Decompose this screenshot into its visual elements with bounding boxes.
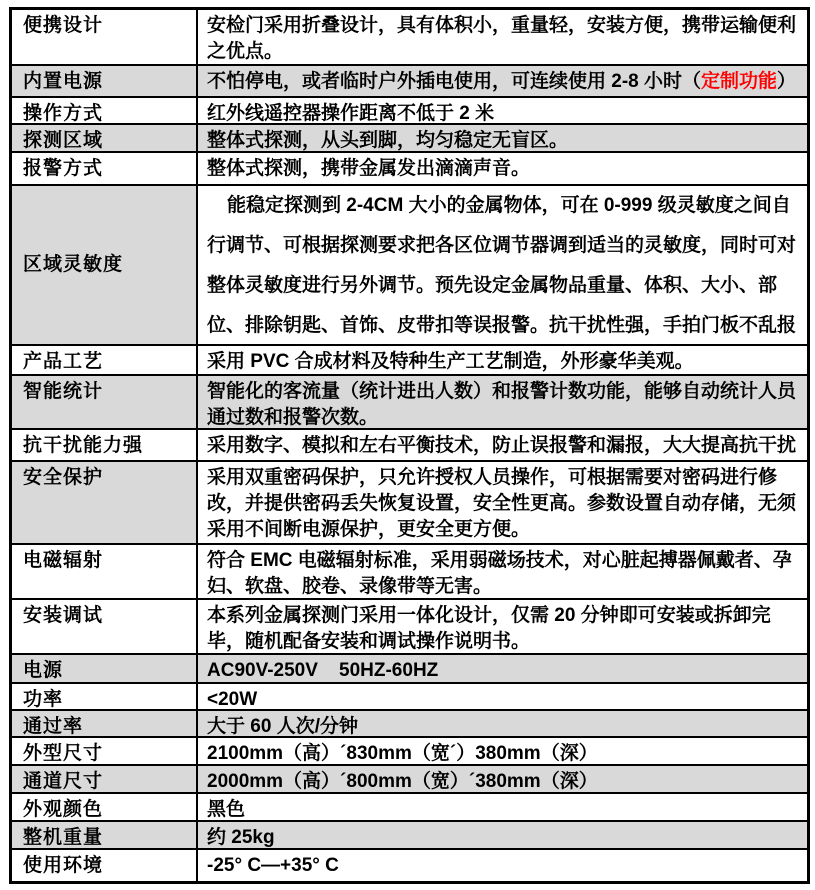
table-row: 探测区域 整体式探测，从头到脚，均匀稳定无盲区。 [12,125,807,153]
value-text: 黑色 [207,799,245,820]
table-row: 通过率 大于 60 人次/分钟 [12,711,807,738]
value-text: 采用双重密码保护，只允许授权人员操作，可根据需要对密码进行修改，并提供密码丢失恢… [207,467,796,540]
spec-label-cell: 安装调试 [12,600,198,653]
spec-value-cell: 本系列金属探测门采用一体化设计，仅需 20 分钟即可安装或拆卸完毕，随机配备安装… [198,600,807,653]
spec-table: 便携设计 安检门采用折叠设计，具有体积小，重量轻，安装方便，携带运输便利之优点。… [9,7,810,884]
spec-label-cell: 操作方式 [12,98,198,123]
spec-value-cell: 符合 EMC 电磁辐射标准，采用弱磁场技术，对心脏起搏器佩戴者、孕妇、软盘、胶卷… [198,545,807,598]
spec-label-cell: 便携设计 [12,10,198,64]
spec-label-cell: 报警方式 [12,153,198,184]
spec-label-cell: 使用环境 [12,850,198,881]
table-row: 区域灵敏度 能稳定探测到 2-4CM 大小的金属物体，可在 0-999 级灵敏度… [12,186,807,346]
value-text: 安检门采用折叠设计，具有体积小，重量轻，安装方便，携带运输便利之优点。 [207,15,796,62]
table-row: 内置电源 不怕停电，或者临时户外插电使用，可连续使用 2-8 小时（定制功能） [12,66,807,98]
table-row: 电磁辐射 符合 EMC 电磁辐射标准，采用弱磁场技术，对心脏起搏器佩戴者、孕妇、… [12,545,807,600]
spec-label-cell: 探测区域 [12,125,198,151]
value-text: 约 25kg [207,827,275,848]
value-text: 能稳定探测到 2-4CM 大小的金属物体，可在 0-999 级灵敏度之间自行调节… [207,195,796,346]
spec-value-cell: 整体式探测，从头到脚，均匀稳定无盲区。 [198,125,807,151]
value-text: 红外线遥控器操作距离不低于 2 米 [207,103,494,124]
spec-label-cell: 智能统计 [12,376,198,428]
value-text: 2100mm（高）´830mm（宽´）380mm（深） [207,743,598,764]
table-row: 通道尺寸 2000mm（高）´800mm（宽）´380mm（深） [12,766,807,794]
table-row: 电源 AC90V-250V 50HZ-60HZ [12,655,807,684]
table-row: 外型尺寸 2100mm（高）´830mm（宽´）380mm（深） [12,738,807,766]
spec-label-cell: 电源 [12,655,198,682]
highlight-text: 定制功能 [701,71,777,92]
table-row: 安装调试 本系列金属探测门采用一体化设计，仅需 20 分钟即可安装或拆卸完毕，随… [12,600,807,655]
spec-label-cell: 内置电源 [12,66,198,96]
value-text: 整体式探测，从头到脚，均匀稳定无盲区。 [207,130,568,151]
spec-label-cell: 外观颜色 [12,794,198,820]
spec-label-cell: 区域灵敏度 [12,186,198,344]
spec-value-cell: -25° C—+35° C [198,850,807,881]
value-text: 采用 PVC 合成材料及特种生产工艺制造，外形豪华美观。 [207,351,694,372]
spec-label-cell: 通道尺寸 [12,766,198,792]
table-row: 使用环境 -25° C—+35° C [12,850,807,881]
value-text: 大于 60 人次/分钟 [207,716,358,737]
value-text: 本系列金属探测门采用一体化设计，仅需 20 分钟即可安装或拆卸完毕，随机配备安装… [207,605,771,652]
spec-value-cell: 整体式探测，携带金属发出滴滴声音。 [198,153,807,184]
value-text: -25° C—+35° C [207,855,339,876]
spec-label-cell: 电磁辐射 [12,545,198,598]
table-row: 抗干扰能力强 采用数字、模拟和左右平衡技术，防止误报警和漏报，大大提高抗干扰能力… [12,430,807,462]
value-text: 不怕停电，或者临时户外插电使用，可连续使用 2-8 小时（ [207,71,701,92]
spec-label-cell: 整机重量 [12,822,198,848]
spec-value-cell: 红外线遥控器操作距离不低于 2 米 [198,98,807,123]
spec-value-cell: 能稳定探测到 2-4CM 大小的金属物体，可在 0-999 级灵敏度之间自行调节… [198,186,807,344]
table-row: 报警方式 整体式探测，携带金属发出滴滴声音。 [12,153,807,186]
table-row: 智能统计 智能化的客流量（统计进出人数）和报警计数功能，能够自动统计人员通过数和… [12,376,807,430]
table-row: 功率 <20W [12,684,807,711]
value-text: <20W [207,689,257,710]
spec-value-cell: 安检门采用折叠设计，具有体积小，重量轻，安装方便，携带运输便利之优点。 [198,10,807,64]
value-text: 2000mm（高）´800mm（宽）´380mm（深） [207,771,598,792]
table-row: 产品工艺 采用 PVC 合成材料及特种生产工艺制造，外形豪华美观。 [12,346,807,376]
spec-value-cell: 2000mm（高）´800mm（宽）´380mm（深） [198,766,807,792]
value-text: 符合 EMC 电磁辐射标准，采用弱磁场技术，对心脏起搏器佩戴者、孕妇、软盘、胶卷… [207,550,792,597]
table-row: 操作方式 红外线遥控器操作距离不低于 2 米 [12,98,807,125]
spec-label-cell: 产品工艺 [12,346,198,374]
spec-label-cell: 抗干扰能力强 [12,430,198,460]
spec-value-cell: 采用数字、模拟和左右平衡技术，防止误报警和漏报，大大提高抗干扰能力。 [198,430,807,460]
value-text: ） [777,71,796,92]
table-row: 外观颜色 黑色 [12,794,807,822]
product-spec-page: 便携设计 安检门采用折叠设计，具有体积小，重量轻，安装方便，携带运输便利之优点。… [0,0,815,890]
spec-value-cell: 约 25kg [198,822,807,848]
spec-value-cell: 智能化的客流量（统计进出人数）和报警计数功能，能够自动统计人员通过数和报警次数。 [198,376,807,428]
spec-label-cell: 功率 [12,684,198,709]
spec-value-cell: 采用 PVC 合成材料及特种生产工艺制造，外形豪华美观。 [198,346,807,374]
spec-label-cell: 通过率 [12,711,198,736]
spec-value-cell: 大于 60 人次/分钟 [198,711,807,736]
spec-value-cell: 采用双重密码保护，只允许授权人员操作，可根据需要对密码进行修改，并提供密码丢失恢… [198,462,807,543]
value-text: 整体式探测，携带金属发出滴滴声音。 [207,158,530,179]
spec-value-cell: 黑色 [198,794,807,820]
spec-label-cell: 外型尺寸 [12,738,198,764]
table-row: 便携设计 安检门采用折叠设计，具有体积小，重量轻，安装方便，携带运输便利之优点。 [12,10,807,66]
spec-label-cell: 安全保护 [12,462,198,543]
spec-value-cell: 2100mm（高）´830mm（宽´）380mm（深） [198,738,807,764]
table-row: 安全保护 采用双重密码保护，只允许授权人员操作，可根据需要对密码进行修改，并提供… [12,462,807,545]
spec-value-cell: 不怕停电，或者临时户外插电使用，可连续使用 2-8 小时（定制功能） [198,66,807,96]
table-row: 整机重量 约 25kg [12,822,807,850]
spec-value-cell: AC90V-250V 50HZ-60HZ [198,655,807,682]
spec-value-cell: <20W [198,684,807,709]
value-text: 智能化的客流量（统计进出人数）和报警计数功能，能够自动统计人员通过数和报警次数。 [207,381,796,428]
value-text: AC90V-250V 50HZ-60HZ [207,660,438,681]
value-text: 采用数字、模拟和左右平衡技术，防止误报警和漏报，大大提高抗干扰能力。 [207,435,796,462]
